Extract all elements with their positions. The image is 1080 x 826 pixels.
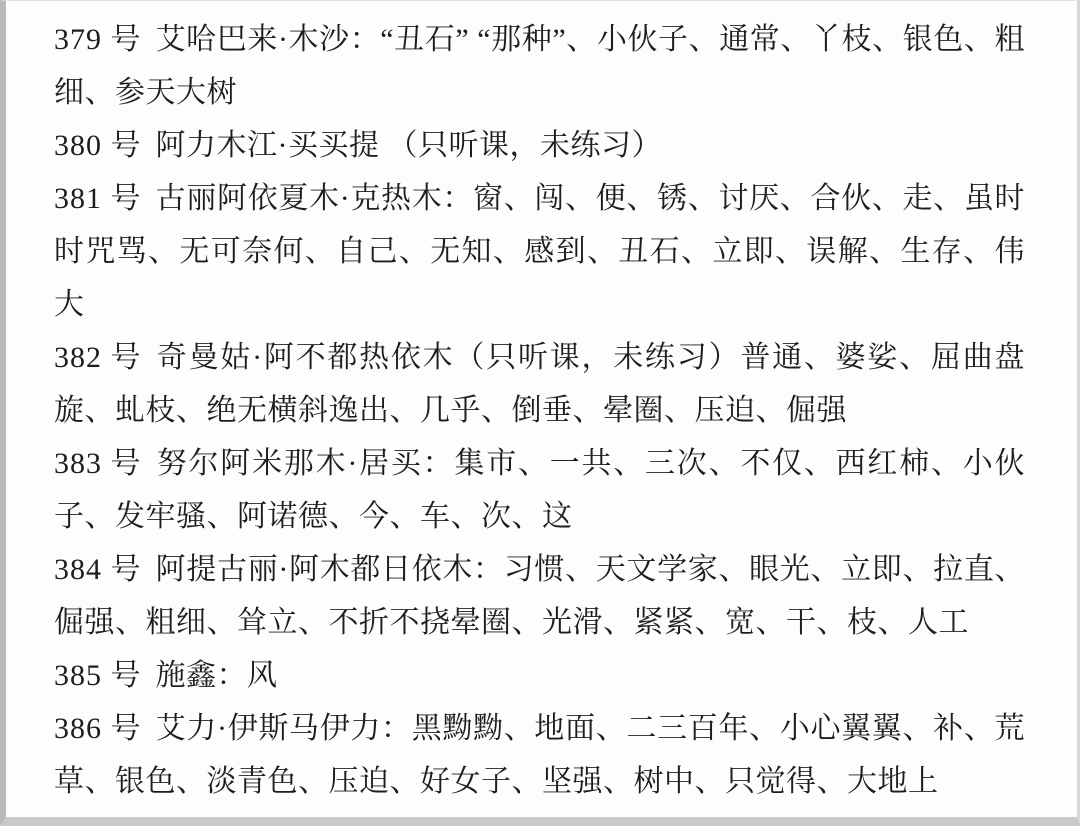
entry-text: 奇曼姑·阿不都热依木（只听课，未练习）普通、婆娑、屈曲盘旋、虬枝、绝无横斜逸出、…	[54, 341, 1025, 427]
entry-number: 383 号	[54, 437, 142, 490]
entry-number: 380 号	[54, 119, 142, 172]
entry-number: 384 号	[54, 543, 142, 596]
entry-text: 艾力·伊斯马伊力：黑黝黝、地面、二三百年、小心翼翼、补、荒草、银色、淡青色、压迫…	[54, 712, 1025, 798]
list-item: 379 号艾哈巴来·木沙：“丑石” “那种”、小伙子、通常、丫枝、银色、粗细、参…	[54, 13, 1025, 119]
list-item: 381 号古丽阿依夏木·克热木：窗、闯、便、锈、讨厌、合伙、走、虽时时咒骂、无可…	[54, 172, 1025, 331]
entries-list: 379 号艾哈巴来·木沙：“丑石” “那种”、小伙子、通常、丫枝、银色、粗细、参…	[54, 13, 1025, 808]
entry-number: 382 号	[54, 331, 142, 384]
entry-number: 386 号	[54, 702, 142, 755]
list-item: 384 号阿提古丽·阿木都日依木：习惯、天文学家、眼光、立即、拉直、倔强、粗细、…	[54, 543, 1025, 649]
list-item: 380 号阿力木江·买买提 （只听课，未练习）	[54, 119, 1025, 172]
entry-text: 古丽阿依夏木·克热木：窗、闯、便、锈、讨厌、合伙、走、虽时时咒骂、无可奈何、自己…	[54, 182, 1025, 321]
entry-text: 艾哈巴来·木沙：“丑石” “那种”、小伙子、通常、丫枝、银色、粗细、参天大树	[54, 23, 1025, 109]
entry-number: 385 号	[54, 649, 142, 702]
entry-number: 379 号	[54, 13, 142, 66]
document-page: 379 号艾哈巴来·木沙：“丑石” “那种”、小伙子、通常、丫枝、银色、粗细、参…	[0, 0, 1080, 826]
entry-text: 阿力木江·买买提 （只听课，未练习）	[156, 129, 663, 162]
entry-text: 阿提古丽·阿木都日依木：习惯、天文学家、眼光、立即、拉直、倔强、粗细、耸立、不折…	[54, 553, 1025, 639]
list-item: 383 号努尔阿米那木·居买：集市、一共、三次、不仅、西红柿、小伙子、发牢骚、阿…	[54, 437, 1025, 543]
list-item: 382 号奇曼姑·阿不都热依木（只听课，未练习）普通、婆娑、屈曲盘旋、虬枝、绝无…	[54, 331, 1025, 437]
entry-number: 381 号	[54, 172, 142, 225]
entry-text: 施鑫：风	[156, 659, 278, 692]
list-item: 385 号施鑫：风	[54, 649, 1025, 702]
list-item: 386 号艾力·伊斯马伊力：黑黝黝、地面、二三百年、小心翼翼、补、荒草、银色、淡…	[54, 702, 1025, 808]
entry-text: 努尔阿米那木·居买：集市、一共、三次、不仅、西红柿、小伙子、发牢骚、阿诺德、今、…	[54, 447, 1025, 533]
